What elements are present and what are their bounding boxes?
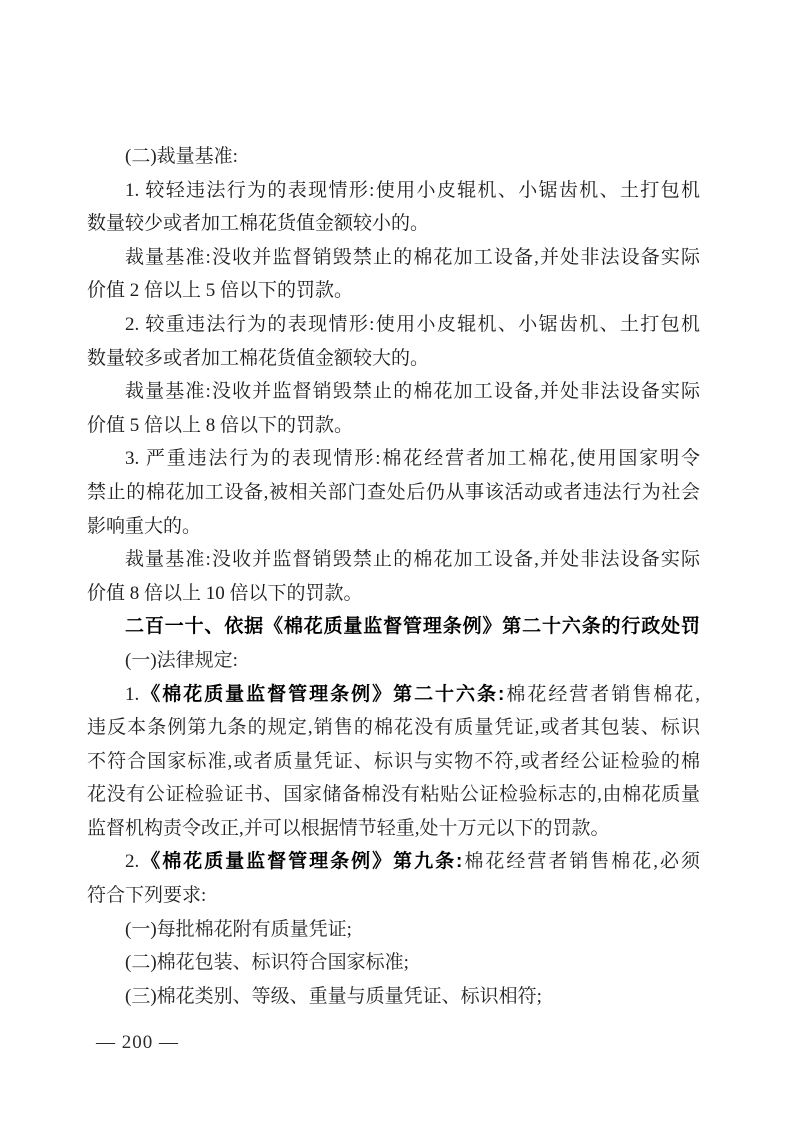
subsection-label-legal-provisions: (一)法律规定: [87, 644, 700, 678]
doc-line-article-26-quote-2: 不符合国家标准,或者质量凭证、标识与实物不符,或者经公证检验的棉 [87, 745, 700, 779]
doc-line-requirement-3: (三)棉花类别、等级、重量与质量凭证、标识相符; [87, 980, 700, 1014]
document-text-block: (二)裁量基准: 1. 较轻违法行为的表现情形:使用小皮辊机、小锯齿机、土打包机… [87, 140, 700, 1013]
section-heading-210: 二百一十、依据《棉花质量监督管理条例》第二十六条的行政处罚 [87, 610, 700, 644]
doc-line-severe-violation-1: 3. 严重违法行为的表现情形:棉花经营者加工棉花,使用国家明令 [87, 442, 700, 476]
doc-line-severe-violation-3: 影响重大的。 [87, 510, 700, 544]
regulation-title-article-9: 《棉花质量监督管理条例》第九条: [139, 851, 462, 872]
doc-line-article-26-quote-3: 花没有公证检验证书、国家储备棉没有粘贴公证检验标志的,由棉花质量 [87, 778, 700, 812]
doc-line-criteria-1b: 价值 2 倍以上 5 倍以下的罚款。 [87, 274, 700, 308]
document-page: (二)裁量基准: 1. 较轻违法行为的表现情形:使用小皮辊机、小锯齿机、土打包机… [0, 0, 793, 1122]
doc-line-requirement-2: (二)棉花包装、标识符合国家标准; [87, 946, 700, 980]
regulation-quote-start: 棉花经营者销售棉花, [504, 684, 700, 705]
list-number: 2. [125, 851, 139, 872]
subsection-label-discretion-criteria: (二)裁量基准: [87, 140, 700, 174]
regulation-title-article-26: 《棉花质量监督管理条例》第二十六条: [139, 684, 504, 705]
doc-line-minor-violation-2: 数量较少或者加工棉花货值金额较小的。 [87, 207, 700, 241]
doc-line-criteria-3b: 价值 8 倍以上 10 倍以下的罚款。 [87, 577, 700, 611]
page-number: — 200 — [96, 1029, 179, 1057]
doc-line-moderate-violation-1: 2. 较重违法行为的表现情形:使用小皮辊机、小锯齿机、土打包机 [87, 308, 700, 342]
doc-line-severe-violation-2: 禁止的棉花加工设备,被相关部门查处后仍从事该活动或者违法行为社会 [87, 476, 700, 510]
doc-line-criteria-2a: 裁量基准:没收并监督销毁禁止的棉花加工设备,并处非法设备实际 [87, 375, 700, 409]
doc-line-article-9-lead: 2.《棉花质量监督管理条例》第九条:棉花经营者销售棉花,必须 [87, 845, 700, 879]
regulation-quote-start: 棉花经营者销售棉花,必须 [462, 851, 700, 872]
doc-line-criteria-2b: 价值 5 倍以上 8 倍以下的罚款。 [87, 409, 700, 443]
doc-line-criteria-3a: 裁量基准:没收并监督销毁禁止的棉花加工设备,并处非法设备实际 [87, 543, 700, 577]
doc-line-article-26-quote-4: 监督机构责令改正,并可以根据情节轻重,处十万元以下的罚款。 [87, 812, 700, 846]
doc-line-article-26-quote-1: 违反本条例第九条的规定,销售的棉花没有质量凭证,或者其包装、标识 [87, 711, 700, 745]
doc-line-minor-violation-1: 1. 较轻违法行为的表现情形:使用小皮辊机、小锯齿机、土打包机 [87, 174, 700, 208]
doc-line-article-9-quote-1: 符合下列要求: [87, 879, 700, 913]
list-number: 1. [125, 684, 139, 705]
doc-line-criteria-1a: 裁量基准:没收并监督销毁禁止的棉花加工设备,并处非法设备实际 [87, 241, 700, 275]
doc-line-article-26-lead: 1.《棉花质量监督管理条例》第二十六条:棉花经营者销售棉花, [87, 678, 700, 712]
doc-line-moderate-violation-2: 数量较多或者加工棉花货值金额较大的。 [87, 342, 700, 376]
doc-line-requirement-1: (一)每批棉花附有质量凭证; [87, 913, 700, 947]
